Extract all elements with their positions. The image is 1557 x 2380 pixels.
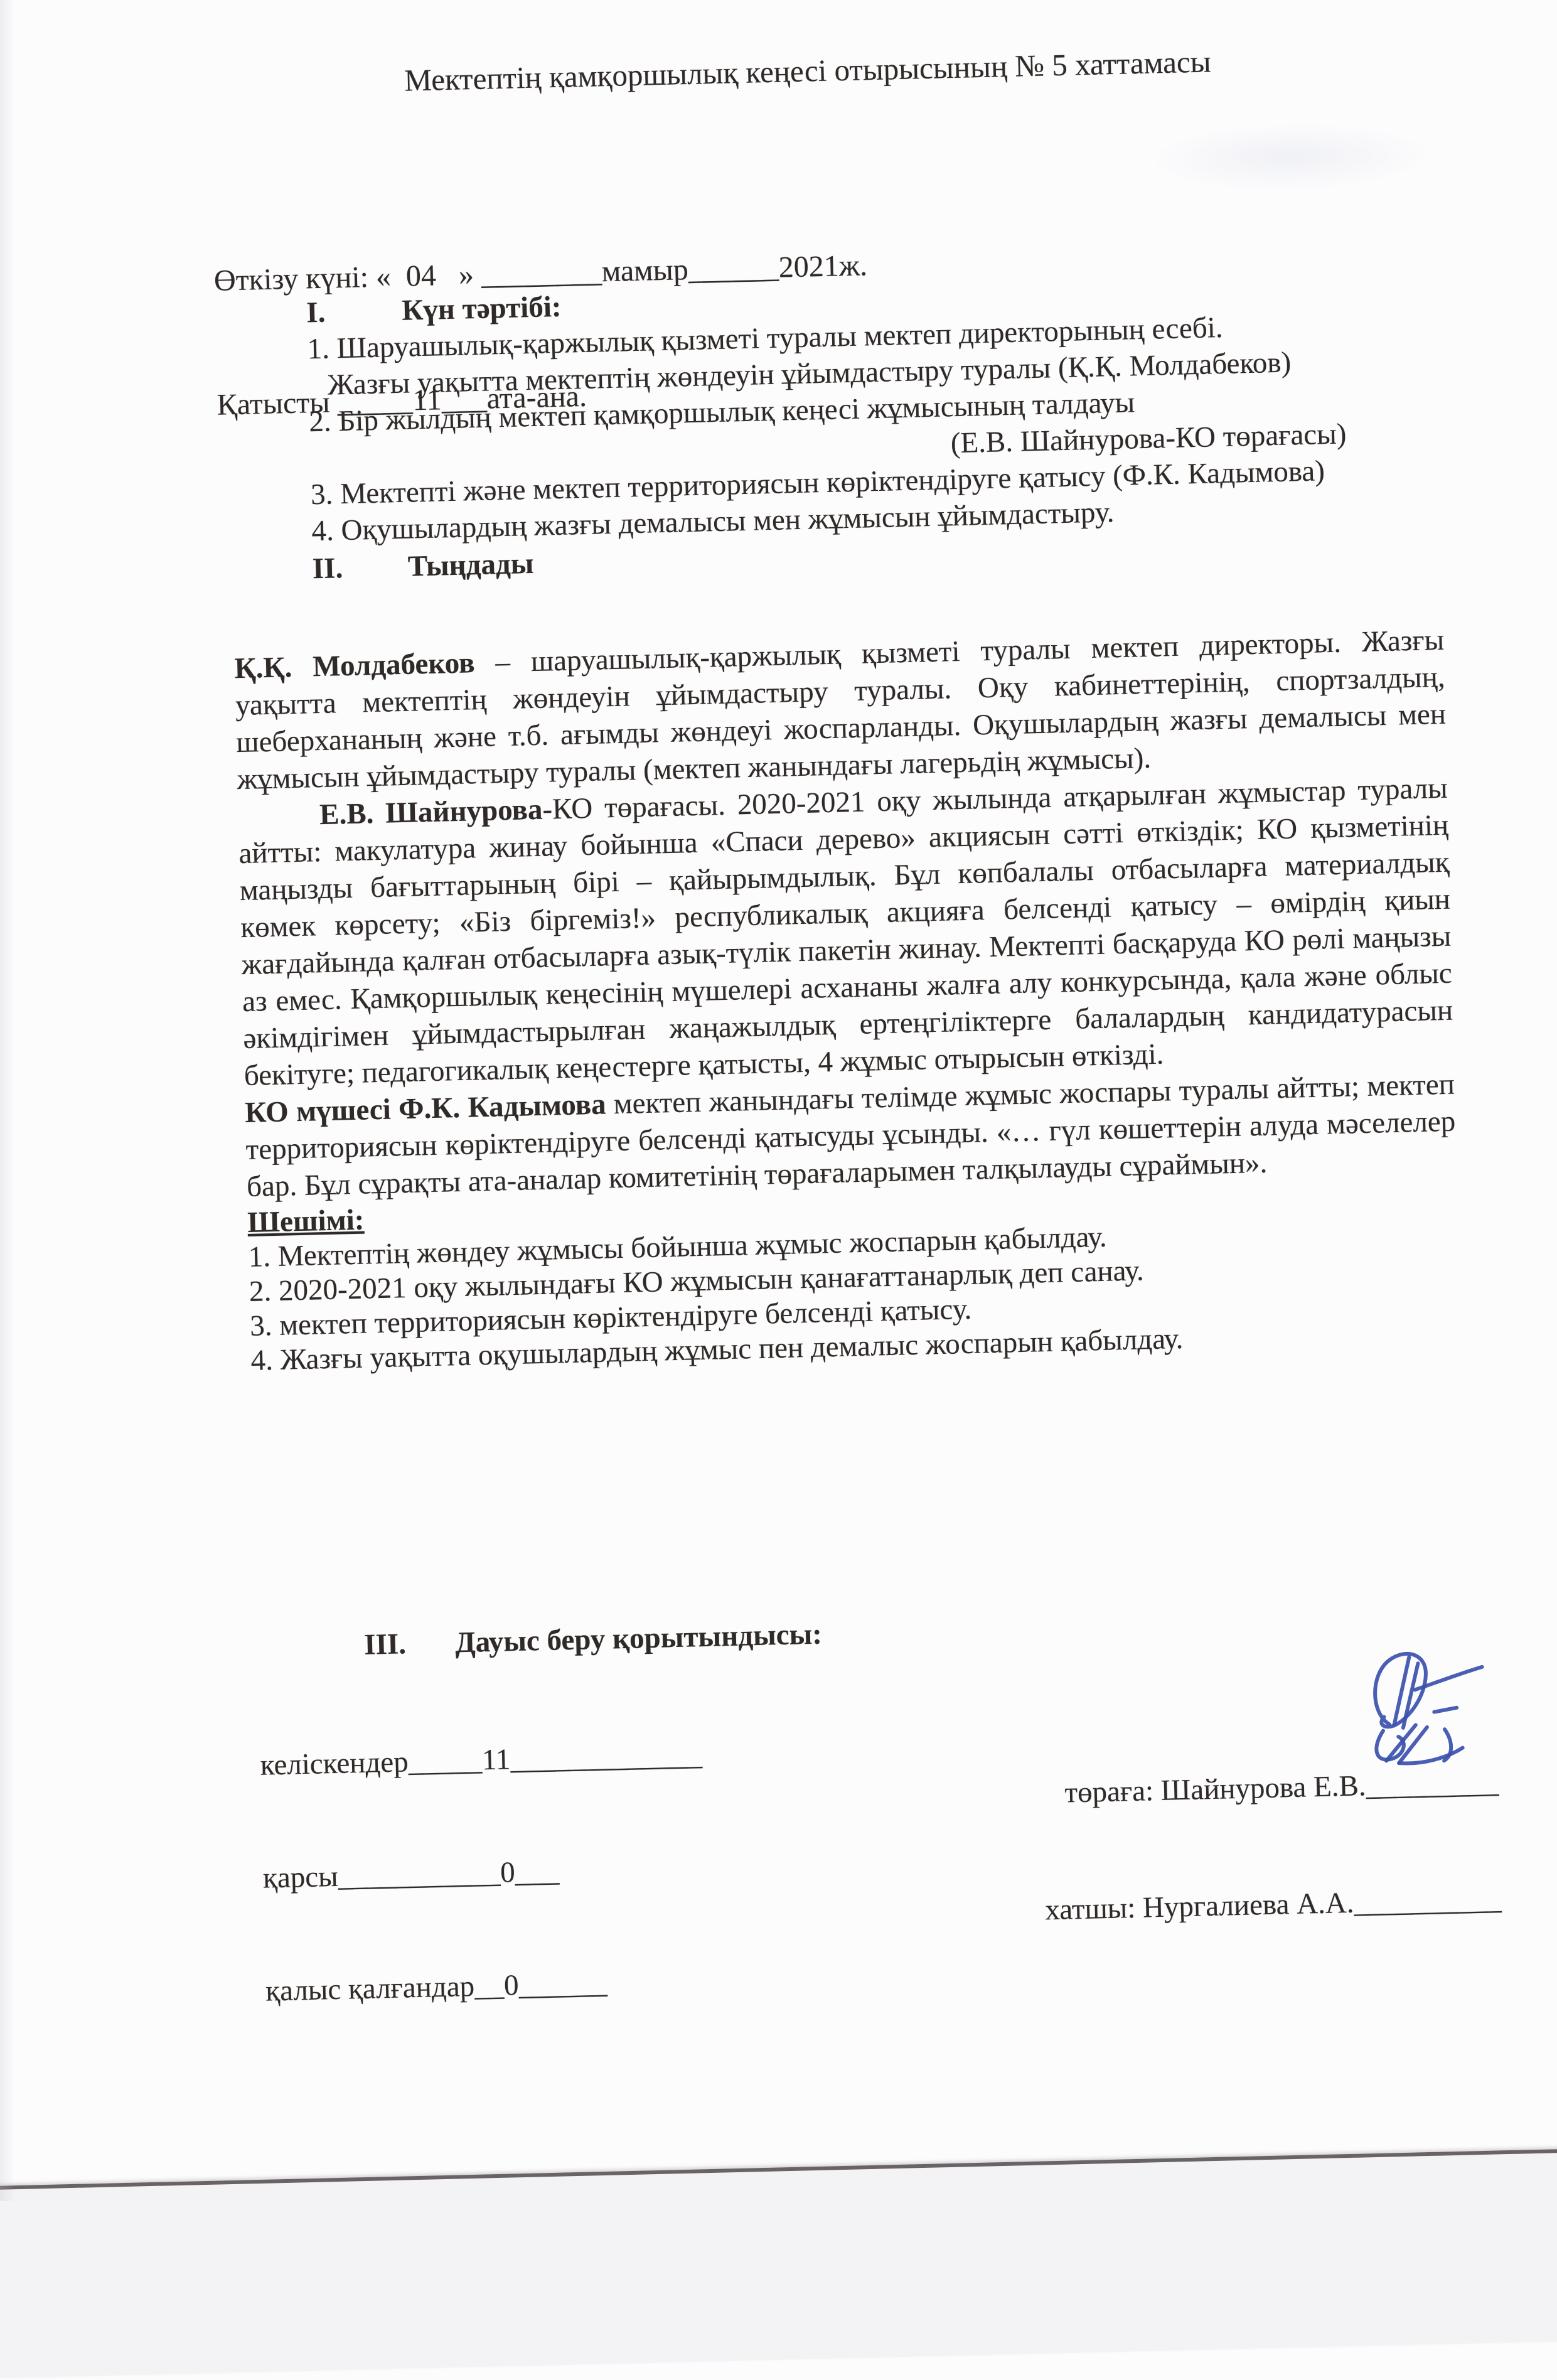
close-quote: » bbox=[436, 258, 481, 292]
blank-line: ______ bbox=[688, 251, 779, 286]
signature-ink bbox=[1343, 1634, 1509, 1776]
ink-bleed-mark bbox=[1145, 119, 1435, 195]
agenda-section: I.Күн тәртібі: 1. Шаруашылық-қаржылық қы… bbox=[306, 268, 1443, 587]
speech-moldabekov: Қ.Қ. Молдабеков – шаруашылық-қаржылық қы… bbox=[234, 622, 1447, 798]
voting-heading-row: III.Дауыс беру қорытындысы: bbox=[257, 1616, 823, 1666]
blank-line: ________ bbox=[481, 255, 602, 291]
voting-numeral: III. bbox=[364, 1624, 456, 1663]
secretary-label: хатшы: Нургалиева А.А. bbox=[1045, 1887, 1354, 1927]
decision-section: Шешімі: 1. Мектептің жөндеу жұмысы бойын… bbox=[247, 1177, 1461, 1378]
open-quote: « bbox=[375, 260, 406, 294]
signature-dash-stroke bbox=[1434, 1708, 1457, 1712]
scanned-document-sheet: Мектептің қамқоршылық кеңесі отырысының … bbox=[0, 0, 1557, 2201]
heard-heading: Тыңдады bbox=[407, 547, 534, 583]
heard-numeral: II. bbox=[312, 549, 408, 587]
signature-block: төраға: Шайнурова Е.В._________ хатшы: Н… bbox=[259, 1685, 1504, 2025]
document-title: Мектептің қамқоршылық кеңесі отырысының … bbox=[0, 36, 1533, 108]
signature-rule: __________ bbox=[1354, 1883, 1502, 1919]
voting-heading: Дауыс беру қорытындысы: bbox=[455, 1618, 823, 1659]
agenda-heading: Күн тәртібі: bbox=[402, 291, 562, 327]
date-month-value: мамыр bbox=[601, 253, 688, 288]
speaker-name: Қ.Қ. Молдабеков bbox=[234, 646, 475, 685]
date-label: Өткізу күні: bbox=[213, 260, 376, 297]
heard-section: Қ.Қ. Молдабеков – шаруашылық-қаржылық қы… bbox=[234, 622, 1461, 1378]
speaker-name: КО мүшесі Ф.К. Кадымова bbox=[245, 1088, 606, 1129]
secretary-signature-line: хатшы: Нургалиева А.А.__________ bbox=[264, 1880, 1502, 1948]
speech-shaynurova: Е.В. Шайнурова-КО төрағасы. 2020-2021 оқ… bbox=[238, 770, 1455, 1095]
chair-signature-line: төраға: Шайнурова Е.В._________ bbox=[261, 1763, 1499, 1831]
date-day-value: 04 bbox=[405, 259, 436, 292]
page-edge-shadow bbox=[0, 2145, 1557, 2201]
date-suffix: ж. bbox=[838, 249, 867, 282]
agenda-numeral: I. bbox=[306, 292, 402, 331]
speaker-name: Е.В. Шайнурова bbox=[319, 793, 543, 831]
date-year-value: 2021 bbox=[778, 249, 839, 284]
page-left-edge-shadow bbox=[0, 0, 15, 2201]
chair-label: төраға: Шайнурова Е.В. bbox=[1064, 1769, 1366, 1809]
